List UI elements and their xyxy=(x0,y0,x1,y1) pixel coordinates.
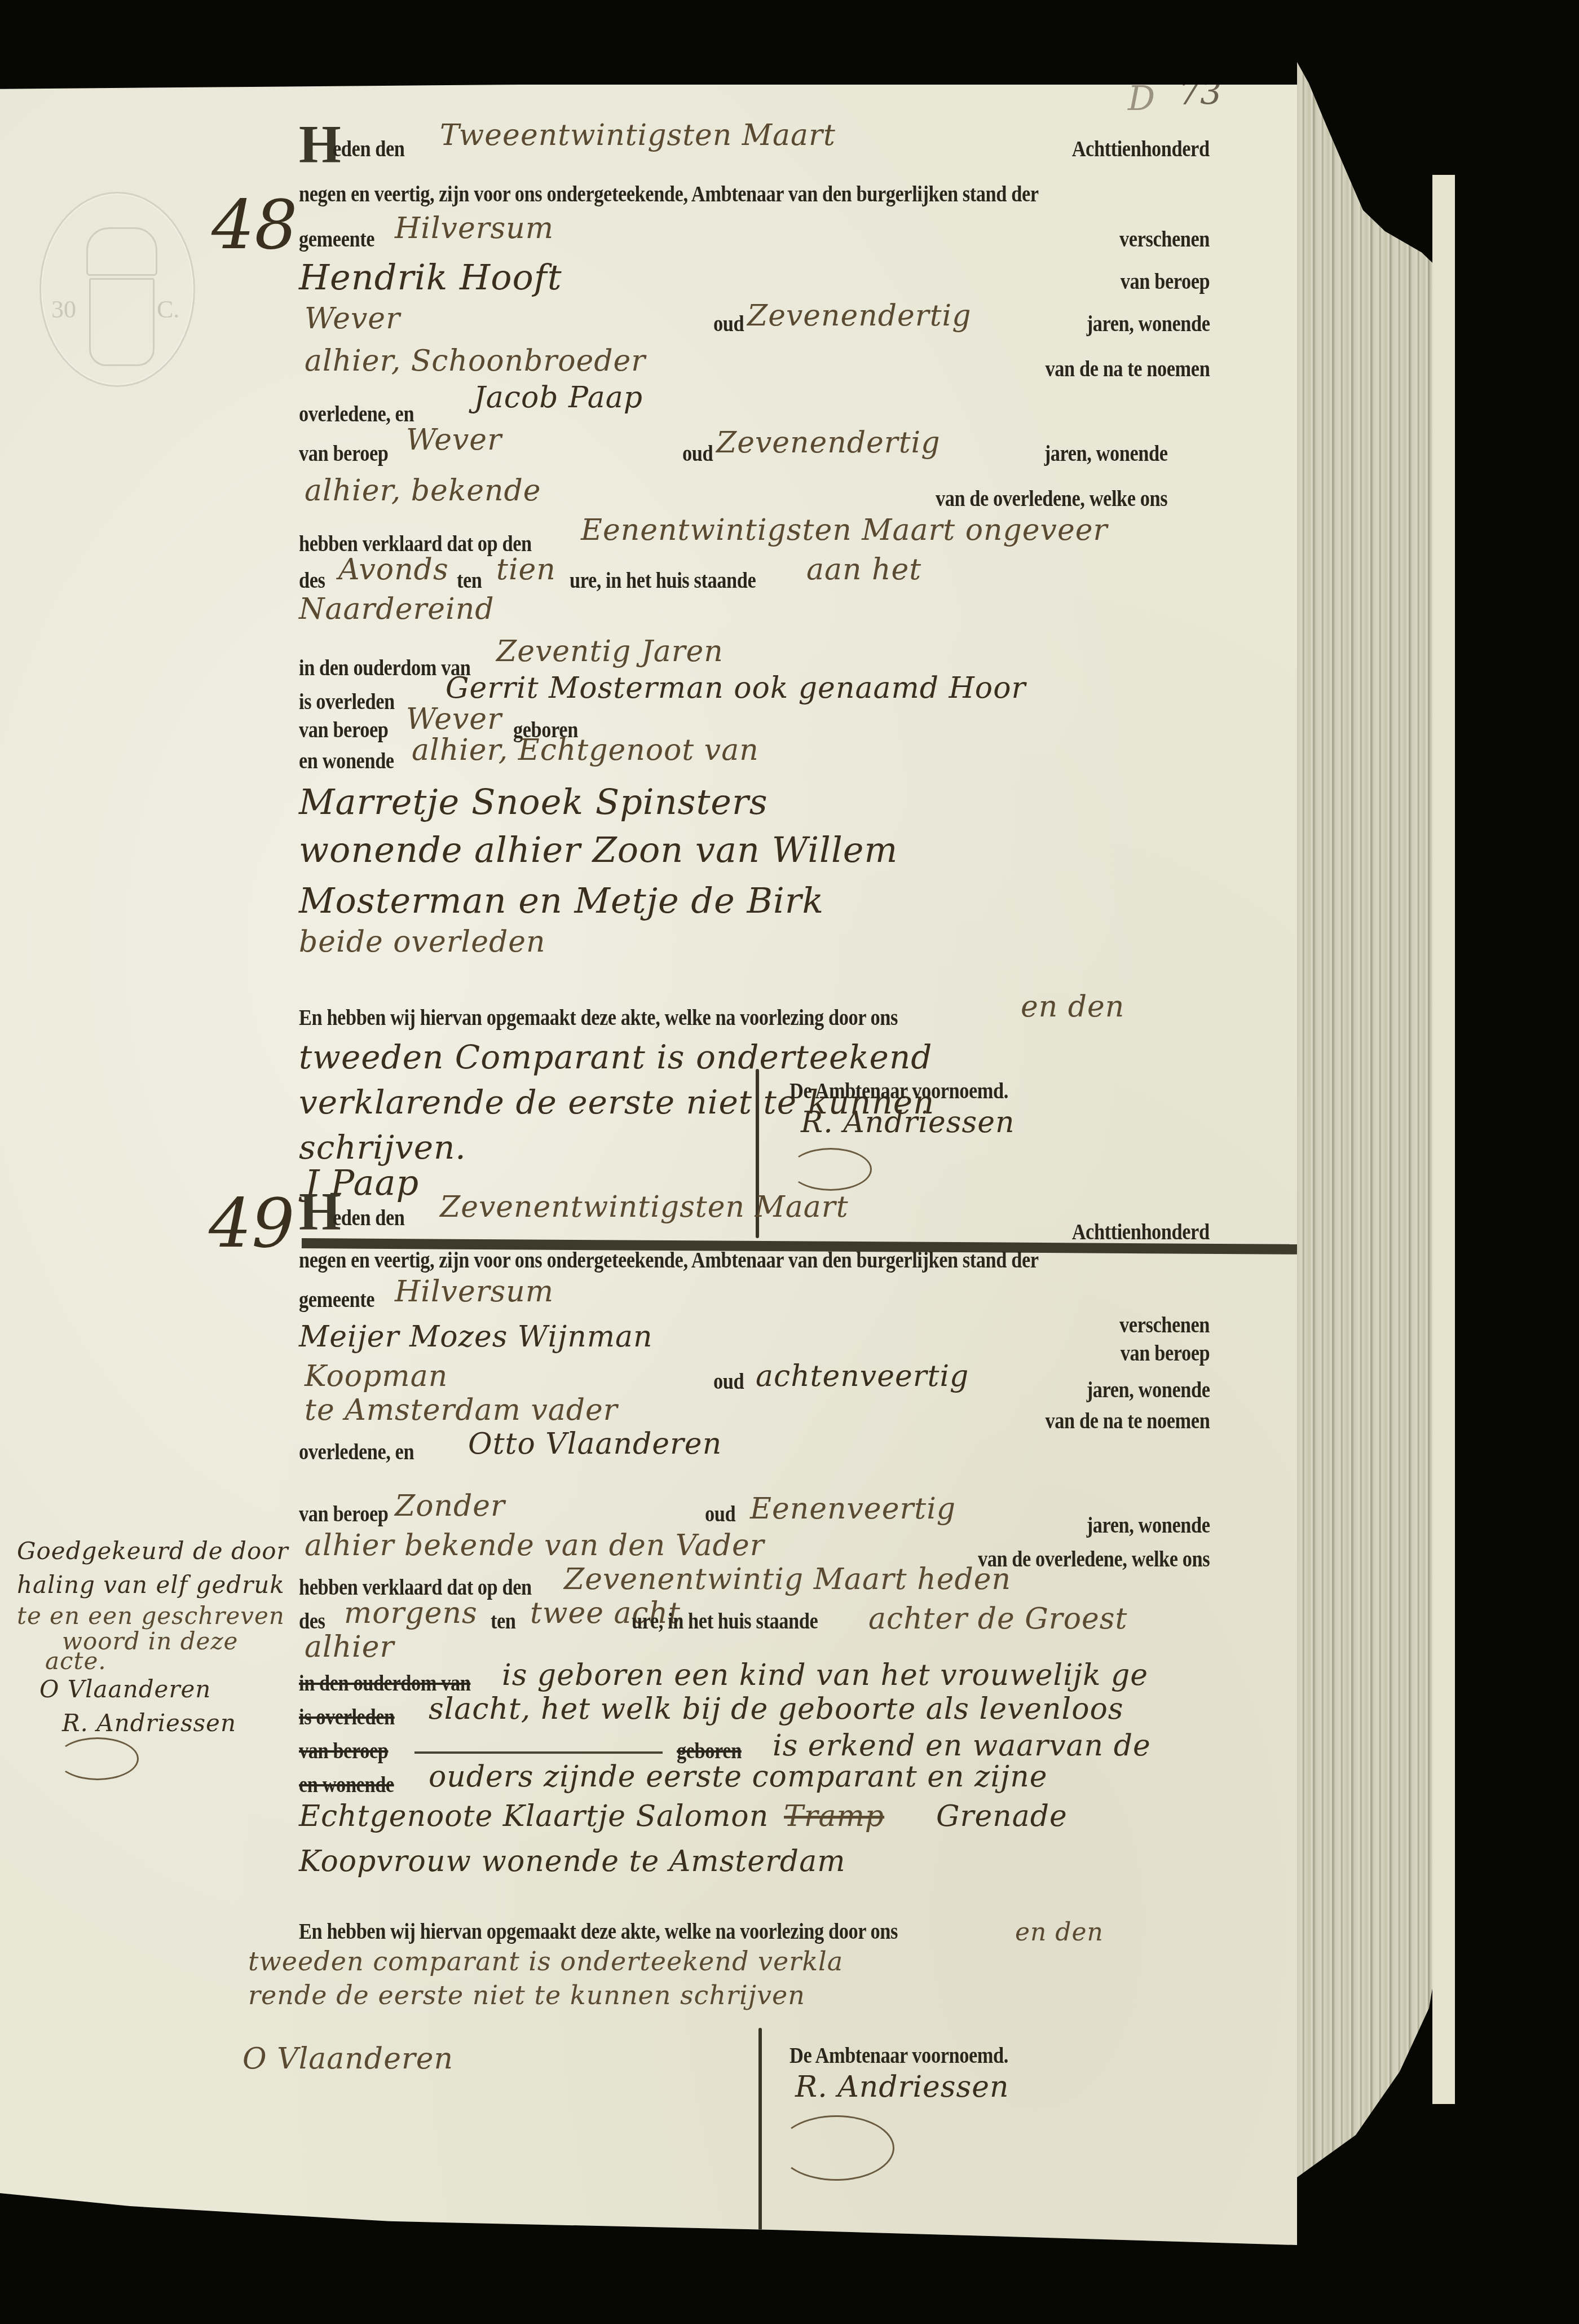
printed-text: gemeente xyxy=(299,226,374,252)
printed-text: oud xyxy=(705,1500,735,1527)
struck-printed-text: van beroep xyxy=(299,1737,388,1764)
paraaf-flourish-icon xyxy=(56,1737,139,1780)
official-label: De Ambtenaar voornoemd. xyxy=(789,2042,1008,2068)
handwritten-text: slacht, het welk bij de geboorte als lev… xyxy=(429,1692,1124,1726)
margin-signature: O Vlaanderen xyxy=(39,1675,211,1703)
handwritten-text: alhier, Echtgenoot van xyxy=(412,733,759,767)
seal-value-left: 30 xyxy=(51,295,76,324)
handwritten-closing: tweeden Comparant is onderteekend xyxy=(299,1038,932,1076)
handwritten-closing: en den xyxy=(1021,990,1124,1024)
signature-brace xyxy=(758,2028,762,2321)
shield-icon xyxy=(89,278,155,366)
printed-text: negen en veertig, zijn voor ons onderget… xyxy=(299,1247,1039,1273)
margin-note: acte. xyxy=(45,1647,107,1675)
handwritten-text: is geboren een kind van het vrouwelijk g… xyxy=(502,1658,1148,1692)
handwritten-text: wonende alhier Zoon van Willem xyxy=(299,829,898,870)
handwritten-occupation: Wever xyxy=(406,702,502,736)
struck-printed-text: is overleden xyxy=(299,1704,395,1730)
printed-text: eden den xyxy=(333,1204,404,1231)
official-label: De Ambtenaar voornoemd. xyxy=(789,1077,1008,1104)
printed-text: van beroep xyxy=(299,440,388,466)
handwritten-name: Otto Vlaanderen xyxy=(468,1427,722,1461)
handwritten-occupation: Wever xyxy=(406,423,502,457)
handwritten-text: Koopvrouw wonende te Amsterdam xyxy=(299,1845,845,1878)
printed-text: jaren, wonende xyxy=(1086,1512,1210,1538)
handwritten-date: Zevenentwintig Maart heden xyxy=(564,1562,1011,1596)
printed-text: van beroep xyxy=(299,716,388,743)
handwritten-deceased-name: Gerrit Mosterman ook genaamd Hoor xyxy=(446,671,1026,705)
handwritten-date: Eenentwintigsten Maart ongeveer xyxy=(581,513,1108,547)
handwritten-text: Grenade xyxy=(936,1799,1068,1833)
printed-text: overledene, en xyxy=(299,1438,414,1465)
paraaf-flourish-icon xyxy=(789,1148,872,1191)
handwritten-time: Avonds xyxy=(338,553,449,587)
official-signature: R. Andriessen xyxy=(795,2070,1009,2104)
printed-text: oud xyxy=(682,440,713,466)
handwritten-age: achtenveertig xyxy=(756,1359,969,1393)
printed-text: overledene, en xyxy=(299,400,414,427)
handwritten-relation: alhier, bekende xyxy=(305,474,541,508)
printed-text: van de overledene, welke ons xyxy=(978,1546,1210,1572)
handwritten-occupation: Koopman xyxy=(305,1359,448,1393)
printed-text: ure, in het huis staande xyxy=(632,1608,818,1634)
register-page: 30 C. D 73 48 H eden den Tweeentwintigst… xyxy=(0,85,1297,2245)
struck-printed-text: en wonende xyxy=(299,1771,394,1798)
margin-note: te en een geschreven xyxy=(17,1602,285,1630)
handwritten-age: Zeventig Jaren xyxy=(496,635,724,668)
handwritten-relation: alhier bekende van den Vader xyxy=(305,1529,765,1562)
handwritten-closing: tweeden comparant is onderteekend verkla xyxy=(248,1946,843,1977)
printed-text: ure, in het huis staande xyxy=(570,567,756,593)
printed-text: en wonende xyxy=(299,747,394,774)
handwritten-time: morgens xyxy=(344,1596,478,1630)
printed-text: van de overledene, welke ons xyxy=(936,485,1167,512)
printed-text: oud xyxy=(713,1368,744,1394)
handwritten-residence: te Amsterdam vader xyxy=(305,1393,618,1427)
crown-icon xyxy=(86,227,157,276)
handwritten-age: Zevenendertig xyxy=(747,299,972,333)
printed-text: Achttienhonderd xyxy=(1072,135,1210,162)
act-number: 49 xyxy=(209,1185,295,1263)
paraaf-flourish-icon xyxy=(778,2115,894,2181)
printed-text: eden den xyxy=(333,135,404,162)
printed-text: ten xyxy=(491,1608,516,1634)
margin-signature: R. Andriessen xyxy=(62,1709,236,1737)
printed-text: negen en veertig, zijn voor ons onderget… xyxy=(299,181,1039,207)
handwritten-address: aan het xyxy=(806,553,921,587)
struck-handwritten-text: Tramp xyxy=(784,1799,884,1833)
printed-text: Achttienhonderd xyxy=(1072,1218,1210,1245)
handwritten-occupation: Wever xyxy=(305,302,400,336)
printed-text: jaren, wonende xyxy=(1044,440,1167,466)
handwritten-name: Meijer Mozes Wijnman xyxy=(299,1320,652,1354)
printed-text: jaren, wonende xyxy=(1086,310,1210,337)
printed-text: van beroep xyxy=(299,1500,388,1527)
printed-text: van beroep xyxy=(1121,268,1210,294)
handwritten-address: achter de Groest xyxy=(868,1602,1127,1636)
handwritten-municipality: Hilversum xyxy=(395,212,554,245)
act-number: 48 xyxy=(211,186,298,265)
handwritten-time: tien xyxy=(496,553,556,587)
handwritten-text: ouders zijnde eerste comparant en zijne xyxy=(429,1760,1047,1794)
strike-line xyxy=(414,1751,663,1754)
handwritten-closing: schrijven. xyxy=(299,1128,466,1167)
handwritten-municipality: Hilversum xyxy=(395,1275,554,1309)
printed-text: in den ouderdom van xyxy=(299,654,470,681)
printed-closing: En hebben wij hiervan opgemaakt deze akt… xyxy=(299,1918,898,1944)
handwritten-date: Tweeentwintigsten Maart xyxy=(440,118,836,152)
handwritten-closing: rende de eerste niet te kunnen schrijven xyxy=(248,1980,805,2010)
embossed-seal-icon: 30 C. xyxy=(39,192,195,387)
handwritten-residence: alhier, Schoonbroeder xyxy=(305,344,646,378)
handwritten-name: Jacob Paap xyxy=(474,381,643,415)
handwritten-age: Eenenveertig xyxy=(750,1492,956,1526)
handwritten-age: Zevenendertig xyxy=(716,426,941,460)
folio-prefix: D xyxy=(1128,79,1155,118)
handwritten-address: Naardereind xyxy=(299,592,494,626)
handwritten-name: Hendrik Hooft xyxy=(299,257,562,298)
book-page-edges xyxy=(1297,62,1444,2177)
handwritten-text: Echtgenoote Klaartje Salomon xyxy=(299,1799,769,1833)
handwritten-closing: en den xyxy=(1015,1918,1104,1947)
handwritten-date: Zevenentwintigsten Maart xyxy=(440,1190,849,1224)
printed-text: jaren, wonende xyxy=(1086,1376,1210,1403)
handwritten-occupation: Zonder xyxy=(395,1489,505,1523)
folio-number: 73 xyxy=(1179,73,1221,113)
printed-text: des xyxy=(299,567,325,593)
handwritten-text: beide overleden xyxy=(299,925,546,959)
printed-text: gemeente xyxy=(299,1286,374,1313)
printed-text: van de na te noemen xyxy=(1045,355,1210,382)
book-back-page xyxy=(1432,175,1455,2104)
printed-text: verschenen xyxy=(1119,1311,1210,1338)
seal-value-right: C. xyxy=(157,295,179,324)
margin-note: Goedgekeurd de door xyxy=(17,1537,289,1565)
handwritten-text: Mosterman en Metje de Birk xyxy=(299,880,824,921)
printed-text: is overleden xyxy=(299,688,395,715)
handwritten-text: Marretje Snoek Spinsters xyxy=(299,781,768,822)
witness-signature: O Vlaanderen xyxy=(242,2042,453,2076)
handwritten-text: is erkend en waarvan de xyxy=(773,1729,1151,1763)
printed-text: verschenen xyxy=(1119,226,1210,252)
printed-text: van de na te noemen xyxy=(1045,1407,1210,1434)
margin-note: haling van elf gedruk xyxy=(17,1571,285,1599)
official-signature: R. Andriessen xyxy=(801,1106,1015,1139)
printed-closing: En hebben wij hiervan opgemaakt deze akt… xyxy=(299,1004,898,1031)
printed-text: ten xyxy=(457,567,482,593)
printed-text: van beroep xyxy=(1121,1340,1210,1366)
handwritten-address: alhier xyxy=(305,1630,394,1664)
printed-text: oud xyxy=(713,310,744,337)
